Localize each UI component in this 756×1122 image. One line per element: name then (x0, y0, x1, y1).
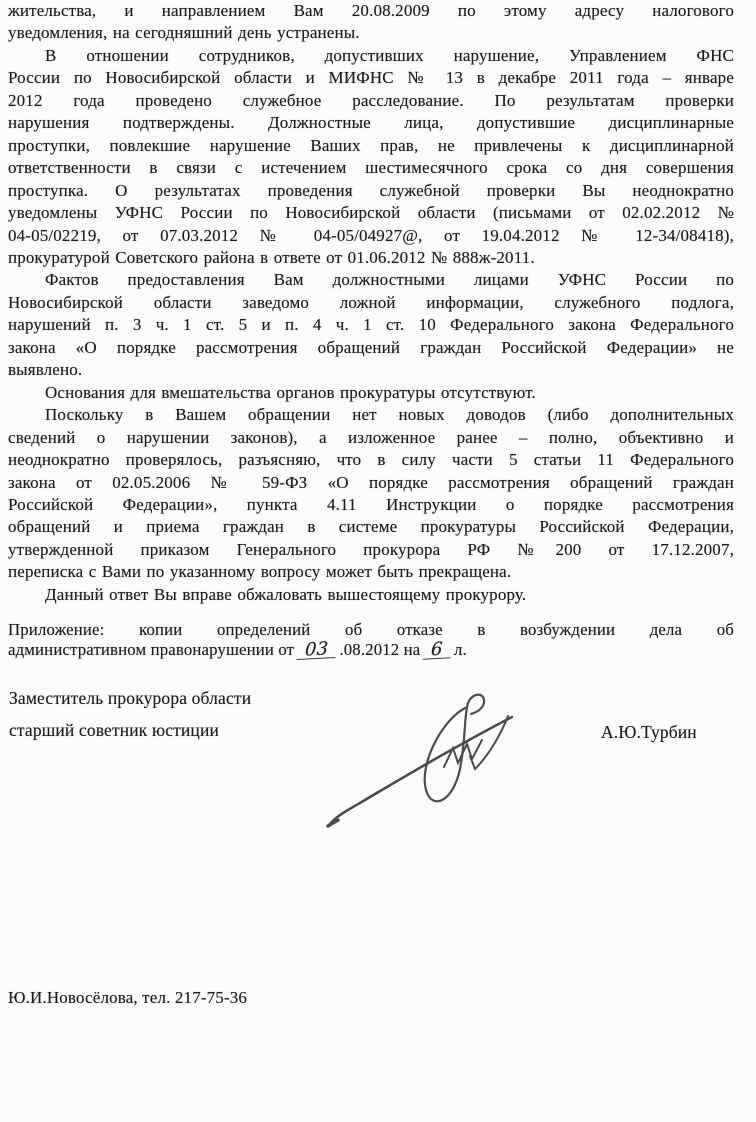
body-line: Российской Федерации», пункта 4.11 Инстр… (8, 494, 734, 516)
body-line: неоднократно проверялось, разъясняю, что… (8, 449, 734, 471)
body-line: Фактов предоставления Вам должностными л… (8, 269, 734, 291)
body-line: России по Новосибирской области и МИФНС … (8, 67, 734, 89)
handwritten-signature (322, 686, 532, 844)
body-line: закона от 02.05.2006 № 59-ФЗ «О порядке … (8, 472, 734, 494)
signer-name: А.Ю.Турбин (601, 722, 697, 743)
body-line: проступка. О результатах проведения служ… (8, 180, 734, 202)
body-line: Данный ответ Вы вправе обжаловать вышест… (8, 584, 734, 606)
body-line: нарушения подтверждены. Должностные лица… (8, 112, 734, 134)
body-line: Поскольку в Вашем обращении нет новых до… (8, 404, 734, 426)
document-page: жительства, и направлением Вам 20.08.200… (0, 0, 756, 1122)
signer-role-line-1: Заместитель прокурора области (9, 688, 251, 709)
body-line: В отношении сотрудников, допустивших нар… (8, 45, 734, 67)
body-line: нарушений п. 3 ч. 1 ст. 5 и п. 4 ч. 1 ст… (8, 314, 734, 336)
attachment-line: административном правонарушении от03.08.… (8, 640, 734, 660)
body-line: прокуратурой Советского района в ответе … (8, 247, 734, 269)
handwritten-day: 03 (297, 641, 337, 660)
handwritten-page-count: 6 (423, 641, 451, 660)
body-line: проступки, повлекшие нарушение Ваших пра… (8, 135, 734, 157)
attachment-text: административном правонарушении от (8, 640, 294, 659)
body-line: Новосибирской области заведомо ложной ин… (8, 292, 734, 314)
body-line: Основания для вмешательства органов прок… (8, 382, 734, 404)
body-line: закона «О порядке рассмотрения обращений… (8, 337, 734, 359)
body-line: уведомления, на сегодняшний день устране… (8, 22, 734, 44)
body-line: 2012 года проведено служебное расследова… (8, 90, 734, 112)
attachment-paragraph: Приложение: копии определений об отказе … (8, 620, 734, 660)
body-line: ответственности в связи с истечением шес… (8, 157, 734, 179)
attachment-text: л. (454, 640, 467, 659)
body-line: утвержденной приказом Генерального проку… (8, 539, 734, 561)
signer-role-line-2: старший советник юстиции (9, 720, 219, 741)
body-line: выявлено. (8, 359, 734, 381)
body-line: переписка с Вами по указанному вопросу м… (8, 561, 734, 583)
letter-body: жительства, и направлением Вам 20.08.200… (8, 0, 734, 606)
body-line: уведомлены УФНС России по Новосибирской … (8, 202, 734, 224)
body-line: сведений о нарушении законов), а изложен… (8, 427, 734, 449)
body-line: жительства, и направлением Вам 20.08.200… (8, 0, 734, 22)
body-line: 04-05/02219, от 07.03.2012 № 04-05/04927… (8, 225, 734, 247)
attachment-text: .08.2012 на (339, 640, 420, 659)
body-line: обращений и приема граждан в системе про… (8, 516, 734, 538)
executor-contact: Ю.И.Новосёлова, тел. 217-75-36 (8, 988, 247, 1008)
attachment-line: Приложение: копии определений об отказе … (8, 620, 734, 640)
